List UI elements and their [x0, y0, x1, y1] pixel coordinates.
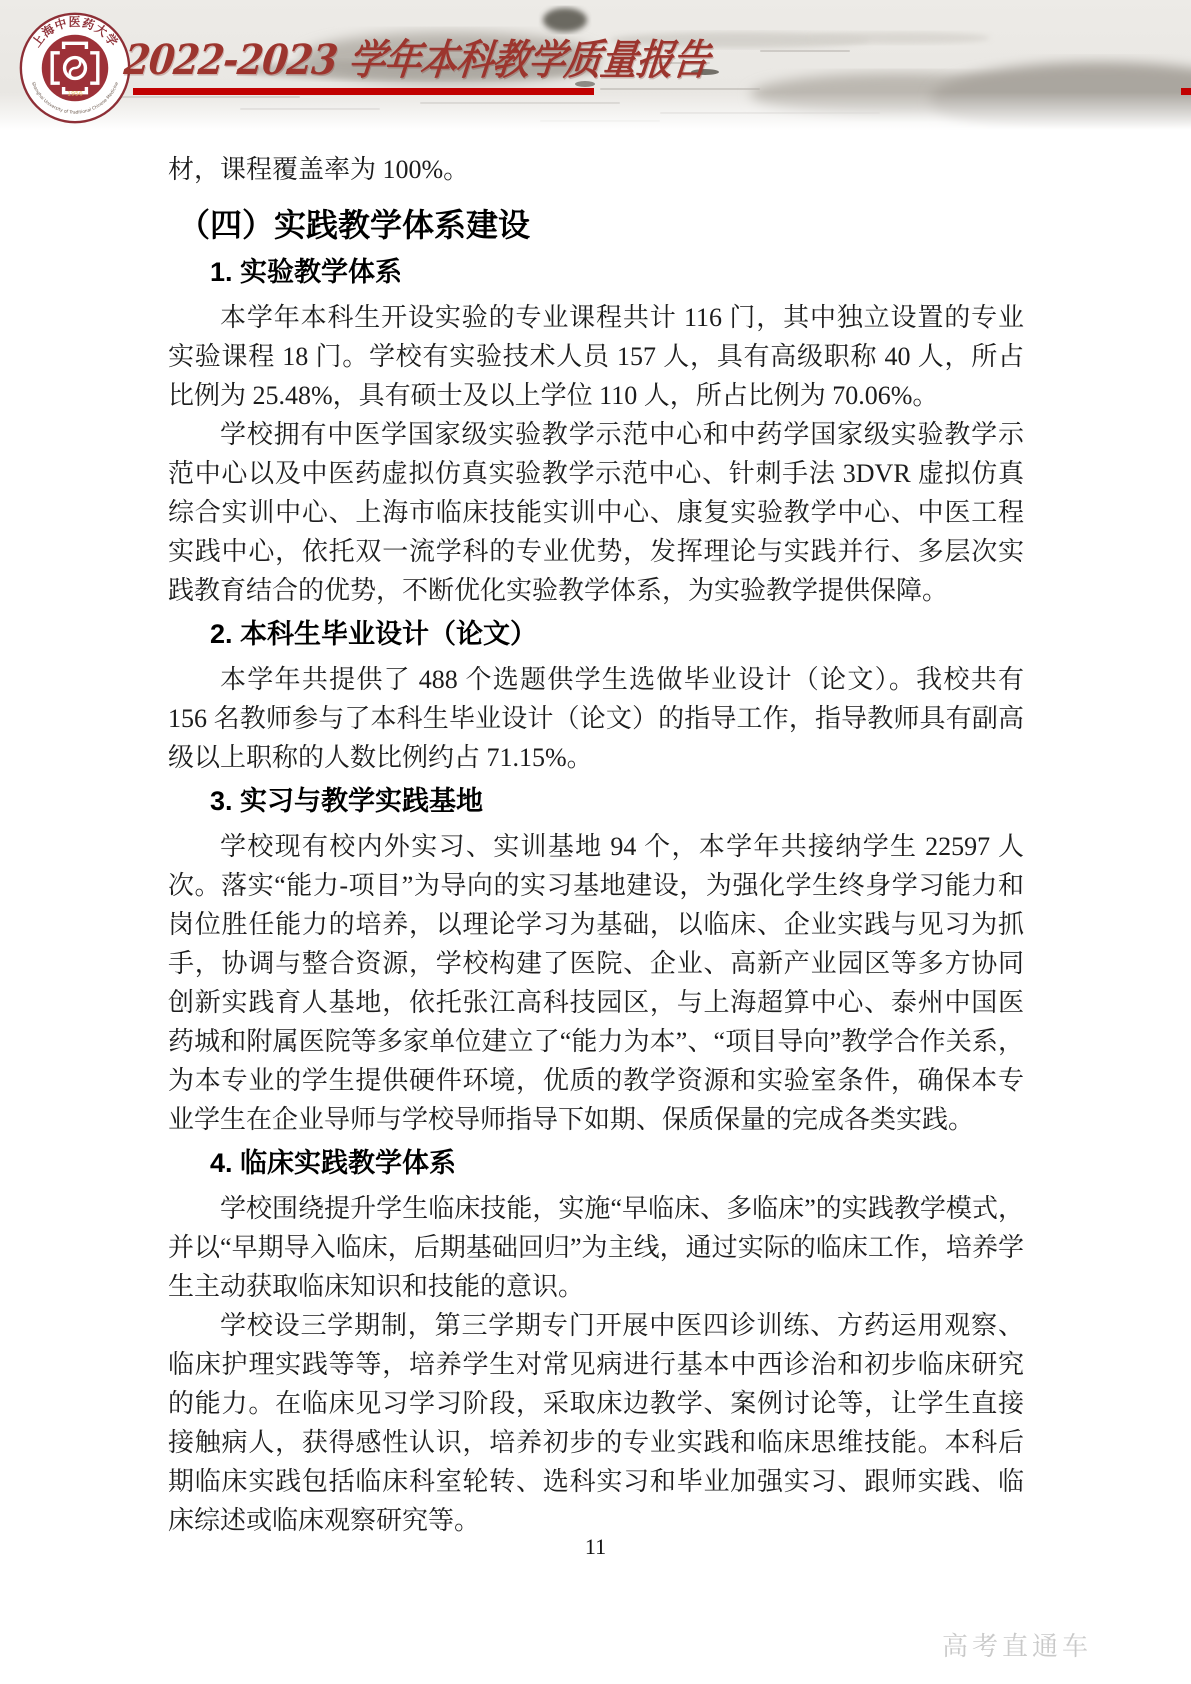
report-page: 1956 上海中医药大学 Shanghai University of Trad… [0, 0, 1191, 1684]
seal-founded-year: 1956 [67, 91, 83, 98]
subheading-4-clinical-practice: 4. 临床实践教学体系 [210, 1146, 1024, 1180]
page-header: 1956 上海中医药大学 Shanghai University of Trad… [0, 0, 1191, 130]
title-underline [133, 88, 594, 95]
paragraph-continuation: 材，课程覆盖率为 100%。 [168, 150, 1024, 189]
section-heading-4-practical-teaching: （四）实践教学体系建设 [178, 205, 1024, 245]
title-underline-right-fragment [1181, 88, 1191, 95]
page-number: 11 [0, 1534, 1191, 1560]
subheading-2-graduation-thesis: 2. 本科生毕业设计（论文） [210, 617, 1024, 651]
paragraph-practice-bases: 学校现有校内外实习、实训基地 94 个，本学年共接纳学生 22597 人次。落实… [168, 827, 1024, 1139]
subheading-3-practice-bases: 3. 实习与教学实践基地 [210, 784, 1024, 818]
document-body: 材，课程覆盖率为 100%。 （四）实践教学体系建设 1. 实验教学体系 本学年… [168, 150, 1024, 1540]
paragraph-three-semester-system: 学校设三学期制，第三学期专门开展中医四诊训练、方药运用观察、临床护理实践等等，培… [168, 1306, 1024, 1540]
watermark-gaokao-express: 高考直通车 [942, 1626, 1092, 1663]
report-title: 2022-2023 学年本科教学质量报告 [122, 26, 888, 86]
paragraph-demo-centers: 学校拥有中医学国家级实验教学示范中心和中药学国家级实验教学示范中心以及中医药虚拟… [168, 415, 1024, 610]
paragraph-experimental-courses: 本学年本科生开设实验的专业课程共计 116 门，其中独立设置的专业实验课程 18… [168, 298, 1024, 415]
paragraph-clinical-model: 学校围绕提升学生临床技能，实施“早临床、多临床”的实践教学模式，并以“早期导入临… [168, 1189, 1024, 1306]
paragraph-thesis-topics: 本学年共提供了 488 个选题供学生选做毕业设计（论文）。我校共有 156 名教… [168, 660, 1024, 777]
university-seal-logo: 1956 上海中医药大学 Shanghai University of Trad… [18, 11, 132, 125]
subheading-1-experimental-teaching: 1. 实验教学体系 [210, 255, 1024, 289]
